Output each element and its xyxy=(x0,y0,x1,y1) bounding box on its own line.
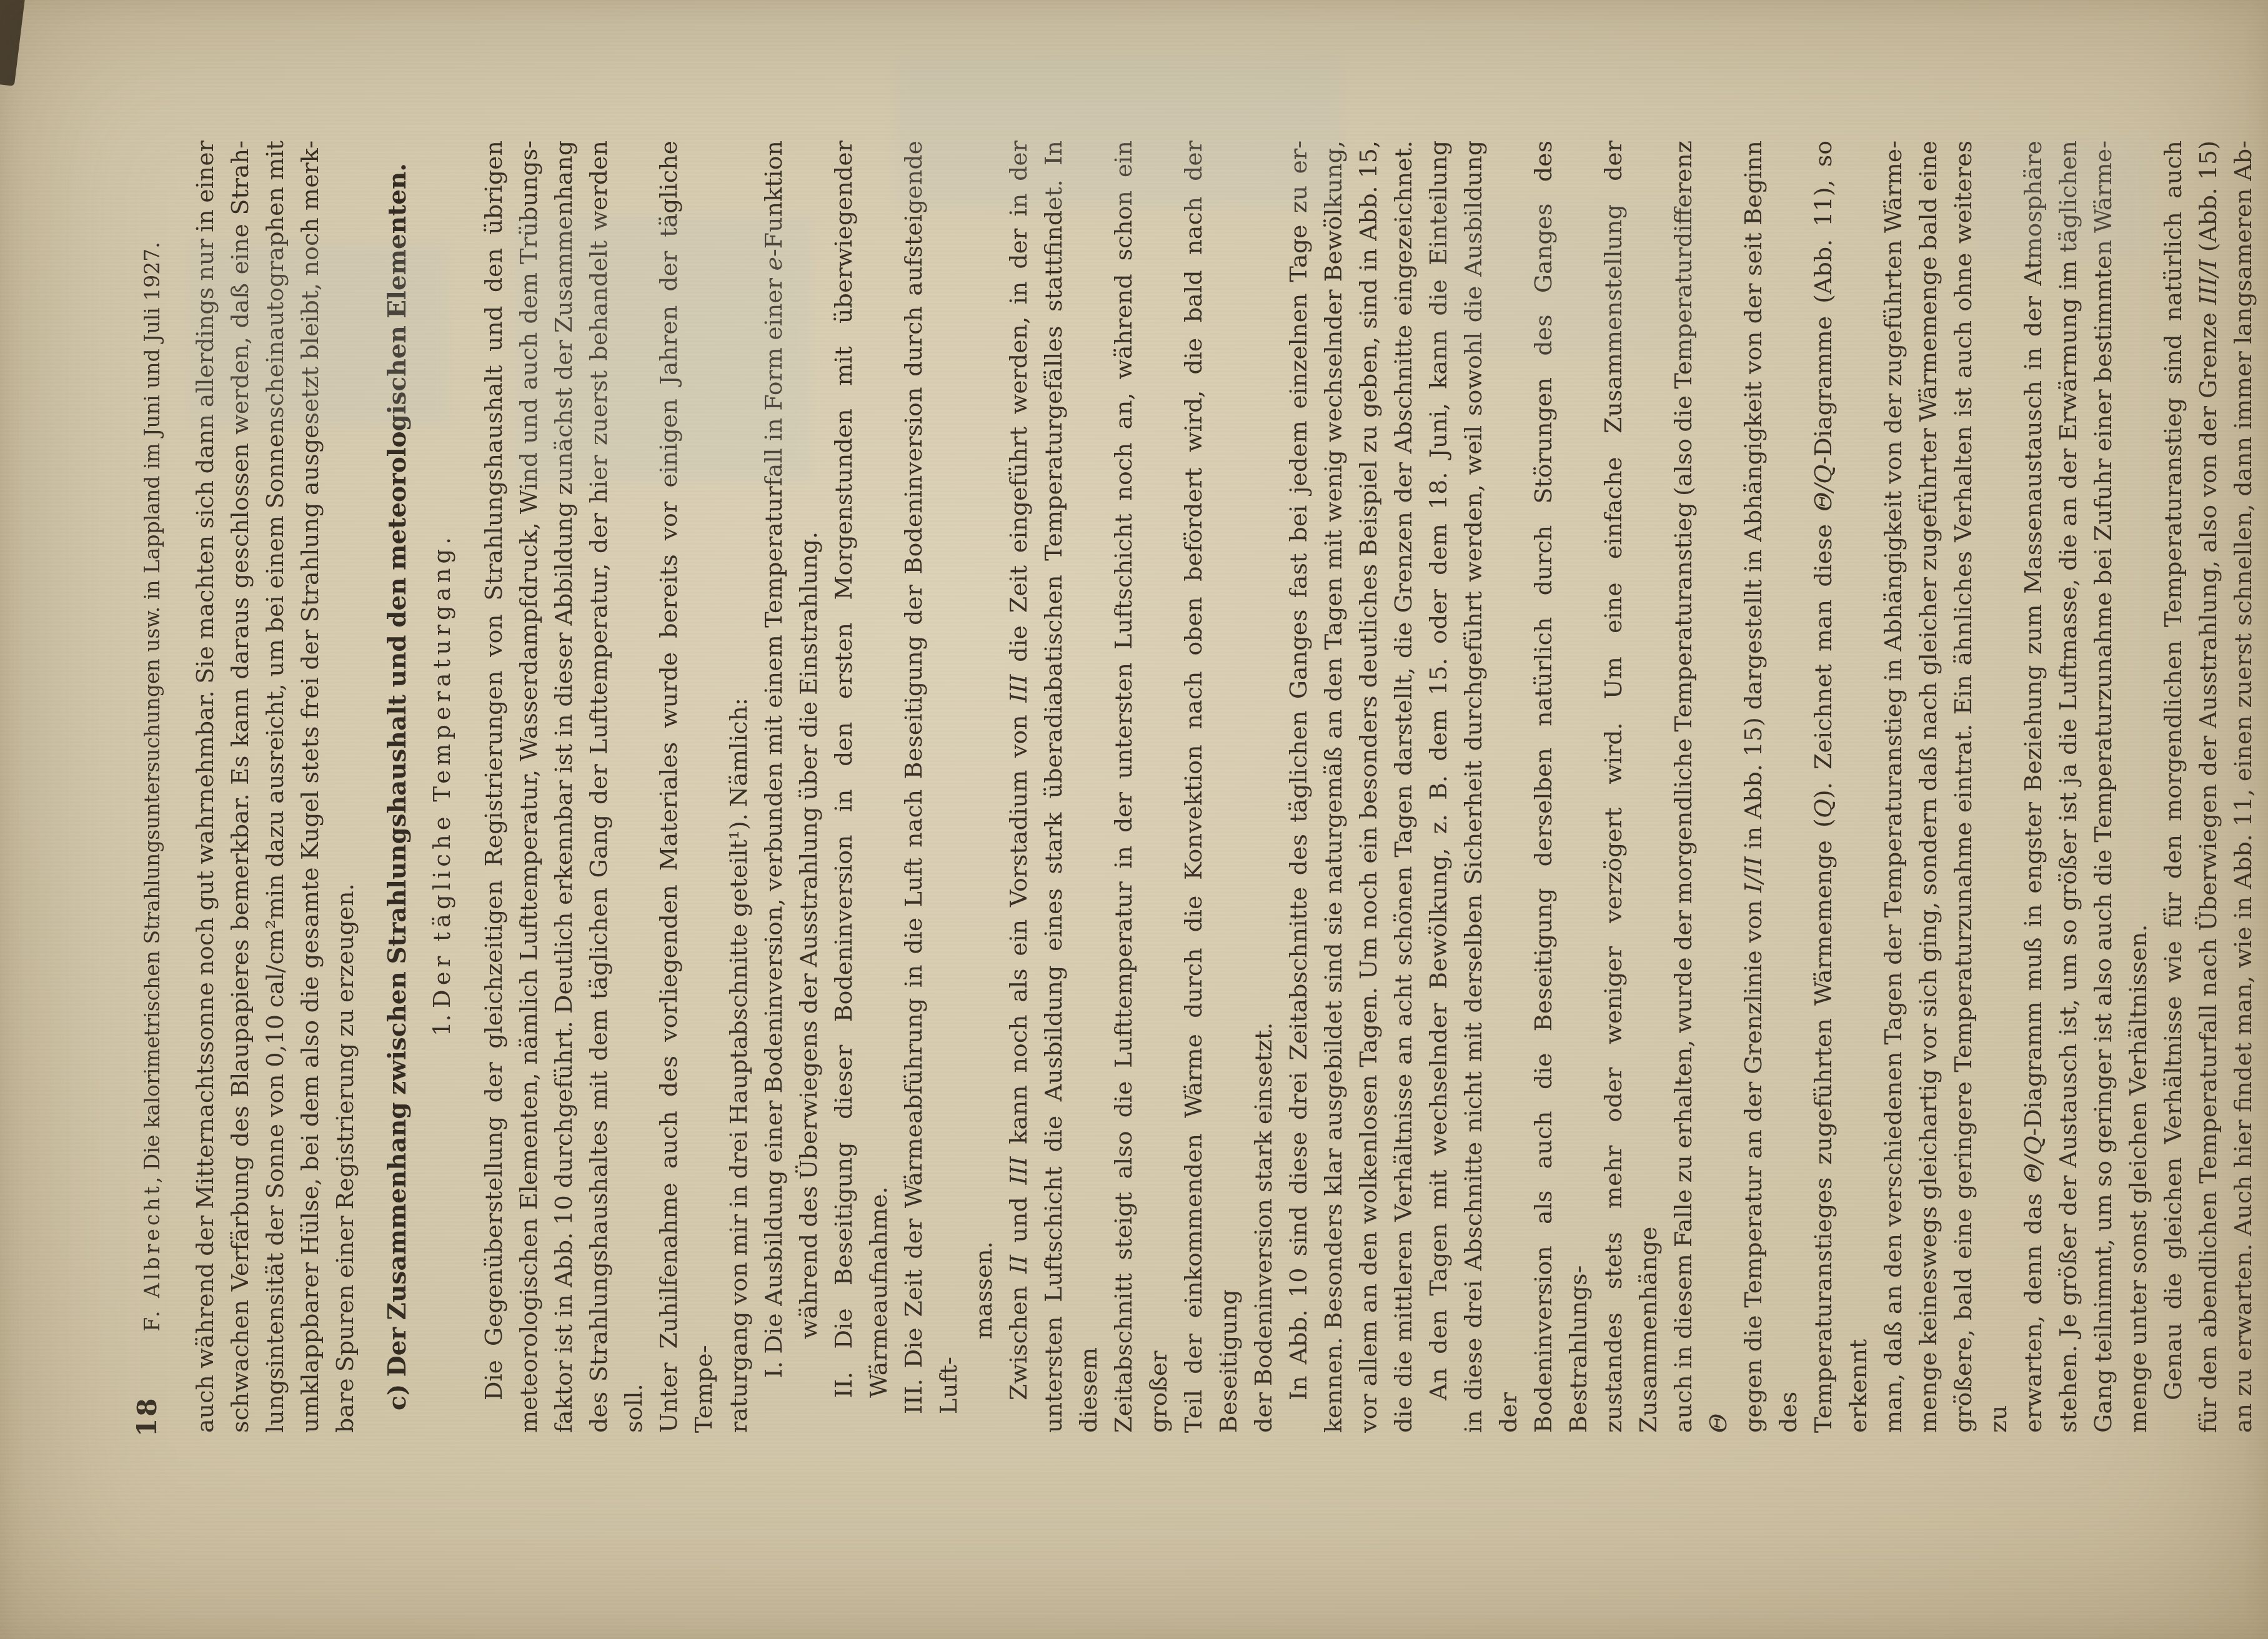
text-line: größere, bald eine geringere Temperaturz… xyxy=(1946,141,2016,1433)
list-block: I. Die Ausbildung einer Bodeninversion, … xyxy=(756,141,1001,1433)
paragraph: An den Tagen mit wechselnder Bewölkung, … xyxy=(1421,141,2156,1433)
paragraph: auch während der Mitternachtssonne noch … xyxy=(187,141,362,1433)
text-line: die die mittleren Verhältnisse an acht s… xyxy=(1386,141,1421,1433)
text-line: erwarten, denn das Θ/Q-Diagramm muß in e… xyxy=(2016,141,2051,1433)
text-line: vor allem an den wolkenlosen Tagen. Um n… xyxy=(1351,141,1386,1433)
text-line: untersten Luftschicht die Ausbildung ein… xyxy=(1036,141,1106,1433)
text-line: Unter Zuhilfenahme auch des vorliegenden… xyxy=(651,141,721,1433)
text-line: für den abendlichen Temperaturfall nach … xyxy=(2191,141,2226,1433)
text-line: fall bei gleichförmiger Zunahme des Wärm… xyxy=(2261,141,2268,1433)
paragraph: Die Gegenüberstellung der gleichzeitigen… xyxy=(476,141,756,1433)
text-line: II. Die Beseitigung dieser Bodeninversio… xyxy=(826,141,896,1433)
text-line: gegen die Temperatur an der Grenzlinie v… xyxy=(1736,141,1806,1433)
text-line: umklappbarer Hülse, bei dem also die ges… xyxy=(292,141,327,1433)
text-line: Bodeninversion als auch die Beseitigung … xyxy=(1526,141,1596,1433)
text-line: III. Die Zeit der Wärmeabführung in die … xyxy=(896,141,966,1433)
text-line: man, daß an den verschiedenen Tagen der … xyxy=(1876,141,1911,1433)
text-line: I. Die Ausbildung einer Bodeninversion, … xyxy=(756,141,791,1433)
text-line: raturgang von mir in drei Hauptabschnitt… xyxy=(721,141,756,1433)
text-line: an zu erwarten. Auch hier findet man, wi… xyxy=(2226,141,2261,1433)
text-line: während des Überwiegens der Ausstrahlung… xyxy=(791,141,826,1433)
text-line: auch während der Mitternachtssonne noch … xyxy=(187,141,222,1433)
paragraph: In Abb. 10 sind diese drei Zeitabschnitt… xyxy=(1281,141,1421,1433)
text-line: meteorologischen Elementen, nämlich Luft… xyxy=(511,141,546,1433)
text-line: stehen. Je größer der Austausch ist, um … xyxy=(2051,141,2086,1433)
text-line: faktor ist in Abb. 10 durchgeführt. Deut… xyxy=(546,141,581,1433)
text-line: Zeitabschnitt steigt also die Lufttemper… xyxy=(1106,141,1176,1433)
text-line: Gang teilnimmt, um so geringer ist also … xyxy=(2086,141,2121,1433)
text-line: in diese drei Abschnitte nicht mit derse… xyxy=(1456,141,1526,1433)
text-line: Teil der einkommenden Wärme durch die Ko… xyxy=(1176,141,1246,1433)
paragraph: Genau die gleichen Verhältnisse wie für … xyxy=(2156,141,2268,1433)
page: 18 F. Albrecht, Die kalorimetrischen Str… xyxy=(0,0,2268,1639)
text-line: Die Gegenüberstellung der gleichzeitigen… xyxy=(476,141,511,1433)
text-line: An den Tagen mit wechselnder Bewölkung, … xyxy=(1421,141,1456,1433)
text-line: massen. xyxy=(966,141,1001,1433)
text-line: zustandes stets mehr oder weniger verzög… xyxy=(1596,141,1666,1433)
text-line: kennen. Besonders klar ausgebildet sind … xyxy=(1316,141,1351,1433)
text-line: bare Spuren einer Registrierung zu erzeu… xyxy=(327,141,362,1433)
page-number: 18 xyxy=(134,1397,161,1437)
text-line: des Strahlungshaushaltes mit dem täglich… xyxy=(581,141,651,1433)
subheading-block: 1. Der tägliche Temperaturgang. xyxy=(425,141,460,1433)
text-line: menge keineswegs gleichartig vor sich gi… xyxy=(1911,141,1946,1433)
text-line: Genau die gleichen Verhältnisse wie für … xyxy=(2156,141,2191,1433)
text-line: Zwischen II und III kann noch als ein Vo… xyxy=(1001,141,1036,1433)
page-scan: 18 F. Albrecht, Die kalorimetrischen Str… xyxy=(0,0,2268,1639)
running-header: 18 F. Albrecht, Die kalorimetrischen Str… xyxy=(139,141,166,1433)
text-line: menge unter sonst gleichen Verhältnissen… xyxy=(2121,141,2156,1433)
text-line: der Bodeninversion stark einsetzt. xyxy=(1246,141,1281,1433)
text-line: lungsintensität der Sonne von 0,10 cal/c… xyxy=(257,141,292,1433)
text-line: 1. Der tägliche Temperaturgang. xyxy=(425,141,460,1433)
text-line: schwachen Verfärbung des Blaupapieres be… xyxy=(222,141,257,1433)
heading-block: c) Der Zusammenhang zwischen Strahlungsh… xyxy=(380,141,415,1433)
running-header-text: F. Albrecht, Die kalorimetrischen Strahl… xyxy=(140,242,164,1331)
text-body: auch während der Mitternachtssonne noch … xyxy=(187,141,2268,1433)
text-line: In Abb. 10 sind diese drei Zeitabschnitt… xyxy=(1281,141,1316,1433)
text-line: auch in diesem Falle zu erhalten, wurde … xyxy=(1666,141,1736,1433)
paragraph: Zwischen II und III kann noch als ein Vo… xyxy=(1001,141,1281,1433)
text-line: c) Der Zusammenhang zwischen Strahlungsh… xyxy=(380,141,415,1433)
text-line: Temperaturanstieges zugeführten Wärmemen… xyxy=(1806,141,1876,1433)
